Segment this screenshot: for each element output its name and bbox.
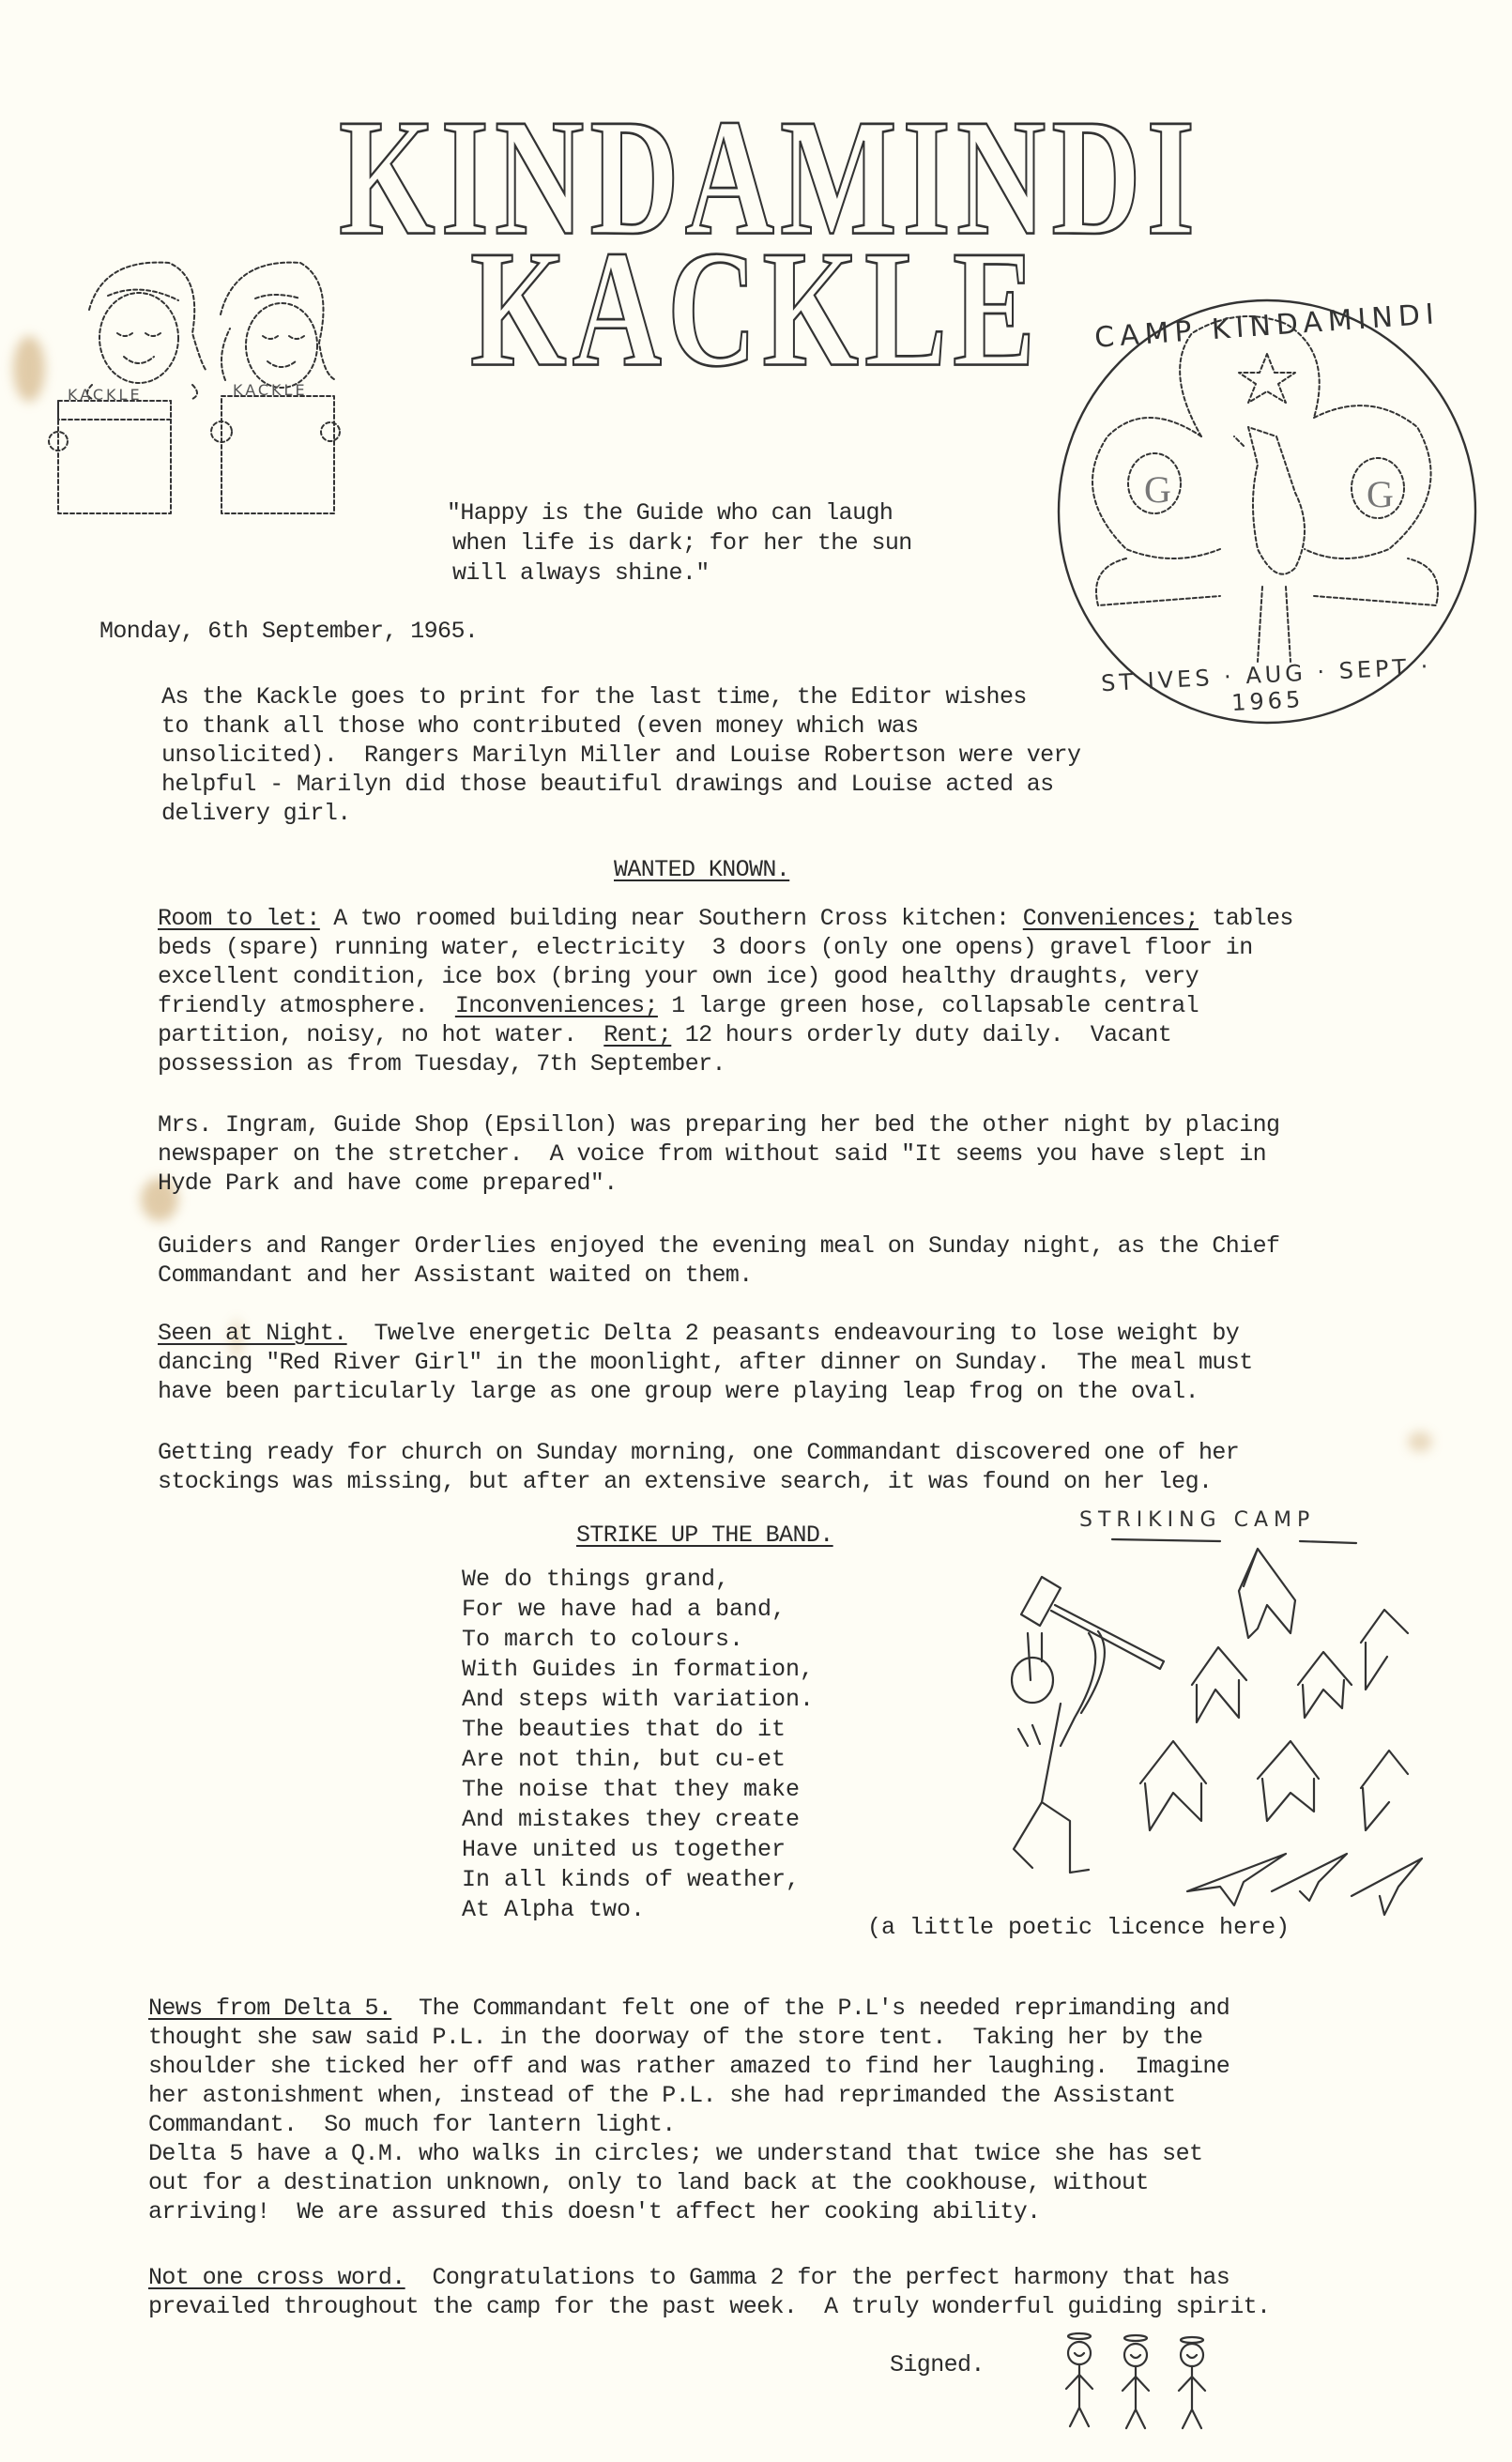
delta5-text: The Commandant felt one of the P.L's nee… (391, 1995, 1229, 2022)
delta5-line: Delta 5 have a Q.M. who walks in circles… (148, 2139, 1202, 2168)
delta5-line: thought she saw said P.L. in the doorway… (148, 2023, 1202, 2052)
inconveniences-label: Inconveniences; (455, 992, 658, 1019)
cw-line: Not one cross word. Congratulations to G… (148, 2263, 1229, 2292)
poem-line: For we have had a band, (462, 1595, 786, 1626)
emblem-letter-left: G (1144, 467, 1171, 512)
poem-line: And mistakes they create (462, 1805, 800, 1836)
poem-line: And steps with variation. (462, 1685, 814, 1716)
delta5-line: arriving! We are assured this doesn't af… (148, 2197, 1041, 2226)
wk-text: friendly atmosphere. (158, 992, 455, 1019)
tent-icon (1361, 1610, 1408, 1690)
striking-camp-cartoon (976, 1521, 1408, 1896)
wk-line: friendly atmosphere. Inconveniences; 1 l… (158, 991, 1199, 1020)
conveniences-label: Conveniences; (1023, 905, 1199, 932)
tent-icon (1239, 1549, 1295, 1638)
seen-at-night-label: Seen at Night. (158, 1320, 347, 1347)
poetic-licence-note: (a little poetic licence here) (867, 1913, 1290, 1944)
rent-label: Rent; (603, 1021, 671, 1048)
angel-stick-figure-icon (1066, 2333, 1092, 2426)
delta5-line: News from Delta 5. The Commandant felt o… (148, 1994, 1229, 2023)
tent-icon (1298, 1652, 1352, 1718)
wk-text: A two roomed building near Southern Cros… (320, 905, 1023, 932)
motto-line: will always shine." (452, 558, 710, 588)
ingram-line: Mrs. Ingram, Guide Shop (Epsillon) was p… (158, 1110, 1279, 1139)
ingram-line: newspaper on the stretcher. A voice from… (158, 1139, 1266, 1169)
emblem-letter-right: G (1367, 472, 1394, 516)
wk-line: excellent condition, ice box (bring your… (158, 962, 1199, 991)
poem-title: STRIKE UP THE BAND. (576, 1521, 833, 1550)
issue-date: Monday, 6th September, 1965. (99, 617, 478, 646)
wk-text: partition, noisy, no hot water. (158, 1021, 603, 1048)
intro-line: delivery girl. (161, 799, 351, 828)
san-line: dancing "Red River Girl" in the moonligh… (158, 1348, 1253, 1377)
mascot-girls-drawing (38, 244, 357, 516)
wk-text: 12 hours orderly duty daily. Vacant (671, 1021, 1171, 1048)
not-one-cross-word-label: Not one cross word. (148, 2264, 405, 2291)
guiders-line: Guiders and Ranger Orderlies enjoyed the… (158, 1231, 1279, 1261)
guiders-line: Commandant and her Assistant waited on t… (158, 1261, 753, 1290)
news-from-delta5-label: News from Delta 5. (148, 1995, 391, 2022)
poem-line: The noise that they make (462, 1775, 800, 1806)
delta5-line: Commandant. So much for lantern light. (148, 2110, 676, 2139)
cw-line: prevailed throughout the camp for the pa… (148, 2292, 1270, 2321)
angel-stick-figure-icon (1123, 2335, 1149, 2428)
wk-text: tables (1199, 905, 1293, 932)
san-line: Seen at Night. Twelve energetic Delta 2 … (158, 1319, 1239, 1348)
masthead-title-line2: KACKLE (418, 211, 1093, 405)
poem-line: In all kinds of weather, (462, 1865, 800, 1896)
tent-icon (1140, 1741, 1206, 1830)
poem-line: At Alpha two. (462, 1895, 645, 1926)
poem-line: We do things grand, (462, 1565, 729, 1596)
delta5-line: out for a destination unknown, only to l… (148, 2168, 1149, 2197)
poem-line: To march to colours. (462, 1625, 743, 1656)
wk-line: Room to let: A two roomed building near … (158, 904, 1293, 933)
poem-line: With Guides in formation, (462, 1655, 814, 1686)
intro-line: helpful - Marilyn did those beautiful dr… (161, 770, 1054, 799)
signature-stick-figures (1061, 2332, 1239, 2436)
cw-text: Congratulations to Gamma 2 for the perfe… (405, 2264, 1230, 2291)
stain (1408, 1431, 1432, 1452)
tent-icon (1361, 1751, 1408, 1830)
angel-stick-figure-icon (1179, 2337, 1205, 2428)
room-to-let-label: Room to let: (158, 905, 320, 932)
wk-line: possession as from Tuesday, 7th Septembe… (158, 1049, 725, 1078)
church-line: stockings was missing, but after an exte… (158, 1467, 1212, 1496)
mascot-sign-right: KACKLE (233, 381, 308, 399)
section-heading-wanted-known: WANTED KNOWN. (614, 855, 789, 884)
motto-line: "Happy is the Guide who can laugh (447, 498, 893, 528)
poem-line: Are not thin, but cu-et (462, 1745, 786, 1776)
motto-line: when life is dark; for her the sun (452, 528, 912, 558)
delta5-line: her astonishment when, instead of the P.… (148, 2081, 1176, 2110)
tent-icon (1258, 1741, 1319, 1821)
wk-text: 1 large green hose, collapsable central (658, 992, 1199, 1019)
church-line: Getting ready for church on Sunday morni… (158, 1438, 1239, 1467)
san-line: have been particularly large as one grou… (158, 1377, 1199, 1406)
mascot-sign-left: KACKLE (68, 386, 143, 404)
delta5-line: shoulder she ticked her off and was rath… (148, 2052, 1229, 2081)
wk-line: beds (spare) running water, electricity … (158, 933, 1253, 962)
san-text: Twelve energetic Delta 2 peasants endeav… (347, 1320, 1240, 1347)
wk-line: partition, noisy, no hot water. Rent; 12… (158, 1020, 1171, 1049)
poem-line: Have united us together (462, 1835, 786, 1866)
ingram-line: Hyde Park and have come prepared". (158, 1169, 618, 1198)
intro-line: to thank all those who contributed (even… (161, 711, 919, 741)
intro-line: unsolicited). Rangers Marilyn Miller and… (161, 741, 1080, 770)
tent-icon (1192, 1647, 1246, 1722)
intro-line: As the Kackle goes to print for the last… (161, 682, 1027, 711)
poem-line: The beauties that do it (462, 1715, 786, 1746)
signed-label: Signed. (890, 2350, 985, 2379)
